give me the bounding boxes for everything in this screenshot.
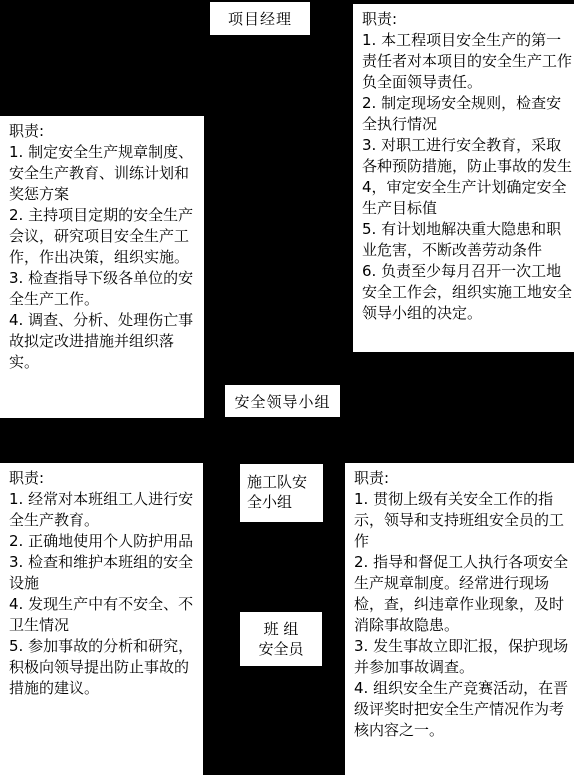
node-construction-team-safety-group-label: 施工队安全小组 bbox=[247, 473, 307, 511]
panel-project-manager-duties-body: 职责: 1. 本工程项目安全生产的第一责任者对本项目的安全生产工作负全面领导责任… bbox=[353, 4, 574, 324]
node-project-manager: 项目经理 bbox=[210, 2, 310, 35]
panel-project-manager-duties: 职责: 1. 本工程项目安全生产的第一责任者对本项目的安全生产工作负全面领导责任… bbox=[353, 4, 574, 352]
duty-item: 3. 检查和维护本班组的安全设施 bbox=[9, 552, 201, 594]
duty-item: 1. 经常对本班组工人进行安全生产教育。 bbox=[9, 489, 201, 531]
duties-title: 职责: bbox=[9, 121, 202, 142]
panel-leading-group-duties-body: 职责: 1. 制定安全生产规章制度、安全生产教育、训练计划和奖惩方案 2. 主持… bbox=[0, 116, 204, 373]
duties-title: 职责: bbox=[9, 468, 201, 489]
duty-item: 3. 对职工进行安全教育，采取各种预防措施，防止事故的发生 bbox=[362, 135, 572, 177]
duty-item: 2. 制定现场安全规则，检查安全执行情况 bbox=[362, 93, 572, 135]
duty-item: 5. 有计划地解决重大隐患和职业危害，不断改善劳动条件 bbox=[362, 219, 572, 261]
duty-item: 4. 发现生产中有不安全、不卫生情况 bbox=[9, 594, 201, 636]
duty-item: 6. 负责至少每月召开一次工地安全工作会，组织实施工地安全领导小组的决定。 bbox=[362, 261, 572, 324]
org-chart: { "colors": { "background": "#000000", "… bbox=[0, 0, 574, 775]
panel-construction-team-duties: 职责: 1. 贯彻上级有关安全工作的指示，领导和支持班组安全员的工作 2. 指导… bbox=[345, 463, 574, 775]
duty-item: 1. 贯彻上级有关安全工作的指示，领导和支持班组安全员的工作 bbox=[354, 489, 572, 552]
duty-item: 1. 本工程项目安全生产的第一责任者对本项目的安全生产工作负全面领导责任。 bbox=[362, 30, 572, 93]
panel-team-safety-officer-duties: 职责: 1. 经常对本班组工人进行安全生产教育。 2. 正确地使用个人防护用品 … bbox=[0, 463, 203, 775]
duty-item: 3. 发生事故立即汇报，保护现场并参加事故调查。 bbox=[354, 636, 572, 678]
node-safety-leading-group-label: 安全领导小组 bbox=[234, 391, 330, 412]
duty-item: 2. 正确地使用个人防护用品 bbox=[9, 531, 201, 552]
panel-team-safety-officer-duties-body: 职责: 1. 经常对本班组工人进行安全生产教育。 2. 正确地使用个人防护用品 … bbox=[0, 463, 203, 699]
panel-leading-group-duties: 职责: 1. 制定安全生产规章制度、安全生产教育、训练计划和奖惩方案 2. 主持… bbox=[0, 116, 204, 418]
duty-item: 2. 指导和督促工人执行各项安全生产规章制度。经常进行现场检，查，纠违章作业现象… bbox=[354, 552, 572, 636]
node-construction-team-safety-group: 施工队安全小组 bbox=[240, 464, 323, 522]
panel-construction-team-duties-body: 职责: 1. 贯彻上级有关安全工作的指示，领导和支持班组安全员的工作 2. 指导… bbox=[345, 463, 574, 741]
duty-item: 5. 参加事故的分析和研究，积极向领导提出防止事故的措施的建议。 bbox=[9, 636, 201, 699]
duties-title: 职责: bbox=[354, 468, 572, 489]
duty-item: 2. 主持项目定期的安全生产会议，研究项目安全生产工作，作出决策，组织实施。 bbox=[9, 205, 202, 268]
node-team-safety-officer: 班 组 安全员 bbox=[240, 612, 322, 666]
node-team-safety-officer-label-line1: 班 组 bbox=[264, 619, 299, 639]
duty-item: 3. 检查指导下级各单位的安全生产工作。 bbox=[9, 268, 202, 310]
duty-item: 4. 调查、分析、处理伤亡事故拟定改进措施并组织落实。 bbox=[9, 310, 202, 373]
duty-item: 4. 组织安全生产竞赛活动，在晋级评奖时把安全生产情况作为考核内容之一。 bbox=[354, 678, 572, 741]
duties-title: 职责: bbox=[362, 9, 572, 30]
node-team-safety-officer-label-line2: 安全员 bbox=[258, 639, 303, 659]
node-project-manager-label: 项目经理 bbox=[228, 8, 292, 29]
duty-item: 1. 制定安全生产规章制度、安全生产教育、训练计划和奖惩方案 bbox=[9, 142, 202, 205]
node-safety-leading-group: 安全领导小组 bbox=[225, 385, 340, 417]
duty-item: 4，审定安全生产计划确定安全生产目标值 bbox=[362, 177, 572, 219]
